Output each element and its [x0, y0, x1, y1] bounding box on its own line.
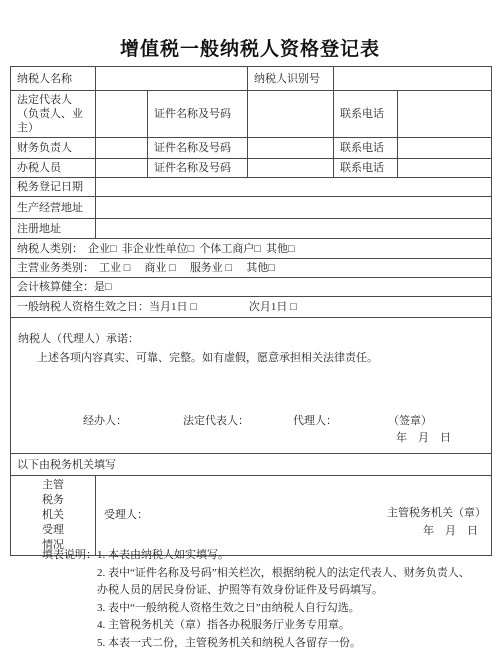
- operator-signature-label[interactable]: 经办人：: [83, 414, 127, 428]
- taxpayer-id-label: 纳税人识别号: [248, 67, 334, 91]
- legal-rep-cert-input[interactable]: [248, 91, 334, 138]
- checkbox-industry[interactable]: 工业 □: [99, 261, 130, 275]
- page-title: 增值税一般纳税人资格登记表: [0, 34, 500, 61]
- receiver-label[interactable]: 受理人：: [104, 508, 148, 522]
- finance-officer-row: 财务负责人 证件名称及号码 联系电话: [11, 138, 492, 159]
- tax-clerk-name-input[interactable]: [96, 159, 148, 178]
- commitment-date-label[interactable]: 年 月 日: [396, 431, 451, 445]
- authority-acceptance-row: 主管 税务 机关 受理 情况 受理人： 主管税务机关（章） 年 月 日: [11, 476, 492, 556]
- business-address-row: 生产经营地址: [11, 197, 492, 219]
- commitment-body: 上述各项内容真实、可靠、完整。如有虚假，愿意承担相关法律责任。: [37, 351, 378, 365]
- note-line-2: 2. 表中“证件名称及号码”相关栏次，根据纳税人的法定代表人、财务负责人、: [97, 565, 470, 583]
- legal-rep-phone-label: 联系电话: [334, 91, 398, 138]
- commitment-row: 纳税人（代理人）承诺： 上述各项内容真实、可靠、完整。如有虚假，愿意承担相关法律…: [11, 318, 492, 454]
- checkbox-enterprise[interactable]: 企业□: [88, 242, 117, 256]
- note-line-2-cont: 办税人员的居民身份证、护照等有效身份证件及号码填写。: [97, 582, 470, 600]
- taxpayer-category-row: 纳税人类别：企业□非企业性单位□个体工商户□其他□: [11, 239, 492, 259]
- effective-date-row: 一般纳税人资格生效之日：当月1日 □次月1日 □: [11, 297, 492, 318]
- checkbox-accounting-yes[interactable]: 是□: [94, 280, 112, 294]
- finance-officer-phone-label: 联系电话: [334, 138, 398, 159]
- taxpayer-name-input[interactable]: [96, 67, 248, 91]
- accounting-row: 会计核算健全：是□: [11, 278, 492, 297]
- registration-date-label: 税务登记日期: [11, 178, 96, 197]
- note-line-5: 5. 本表一式二份，主管税务机关和纳税人各留存一份。: [97, 635, 470, 648]
- business-address-label: 生产经营地址: [11, 197, 96, 219]
- legal-rep-name-input[interactable]: [96, 91, 148, 138]
- business-address-input[interactable]: [96, 197, 492, 219]
- registered-address-row: 注册地址: [11, 219, 492, 239]
- checkbox-commerce[interactable]: 商业 □: [144, 261, 175, 275]
- finance-officer-cert-input[interactable]: [248, 138, 334, 159]
- effective-date-label: 一般纳税人资格生效之日：: [17, 300, 149, 314]
- finance-officer-name-input[interactable]: [96, 138, 148, 159]
- registration-date-row: 税务登记日期: [11, 178, 492, 197]
- tax-clerk-phone-label: 联系电话: [334, 159, 398, 178]
- business-type-label: 主营业务类别：: [17, 261, 94, 275]
- filling-instructions: 填表说明： 1. 本表由纳税人如实填写。 2. 表中“证件名称及号码”相关栏次，…: [42, 547, 470, 648]
- checkbox-service[interactable]: 服务业 □: [190, 261, 232, 275]
- checkbox-current-month[interactable]: 当月1日 □: [149, 300, 197, 314]
- tax-clerk-row: 办税人员 证件名称及号码 联系电话: [11, 159, 492, 178]
- tax-clerk-cert-label: 证件名称及号码: [148, 159, 248, 178]
- taxpayer-name-label: 纳税人名称: [11, 67, 96, 91]
- form-page: 增值税一般纳税人资格登记表 纳税人名称 纳税人识别号 法定代表人（负责人、业主）…: [0, 0, 500, 648]
- legal-rep-row: 法定代表人（负责人、业主） 证件名称及号码 联系电话: [11, 91, 492, 138]
- checkbox-business-other[interactable]: 其他□: [246, 261, 275, 275]
- legal-rep-phone-input[interactable]: [398, 91, 492, 138]
- registered-address-label: 注册地址: [11, 219, 96, 239]
- seal-label: （签章）: [388, 414, 432, 428]
- tax-clerk-label: 办税人员: [11, 159, 96, 178]
- finance-officer-cert-label: 证件名称及号码: [148, 138, 248, 159]
- authority-header-row: 以下由税务机关填写: [11, 454, 492, 476]
- checkbox-category-other[interactable]: 其他□: [266, 242, 295, 256]
- legal-rep-cert-label: 证件名称及号码: [148, 91, 248, 138]
- legal-rep-signature-label[interactable]: 法定代表人：: [183, 414, 249, 428]
- registration-date-input[interactable]: [96, 178, 492, 197]
- finance-officer-phone-input[interactable]: [398, 138, 492, 159]
- checkbox-next-month[interactable]: 次月1日 □: [249, 300, 297, 314]
- authority-header: 以下由税务机关填写: [11, 454, 492, 476]
- business-type-row: 主营业务类别：工业 □商业 □服务业 □其他□: [11, 259, 492, 278]
- taxpayer-id-input[interactable]: [334, 67, 492, 91]
- commitment-heading: 纳税人（代理人）承诺：: [18, 332, 139, 346]
- finance-officer-label: 财务负责人: [11, 138, 96, 159]
- note-line-1: 1. 本表由纳税人如实填写。: [97, 547, 470, 565]
- authority-side-label: 主管 税务 机关 受理 情况: [11, 476, 96, 556]
- registration-form-table: 纳税人名称 纳税人识别号 法定代表人（负责人、业主） 证件名称及号码 联系电话 …: [10, 66, 492, 556]
- checkbox-individual-business[interactable]: 个体工商户□: [199, 242, 261, 256]
- tax-clerk-cert-input[interactable]: [248, 159, 334, 178]
- tax-clerk-phone-input[interactable]: [398, 159, 492, 178]
- legal-rep-label: 法定代表人（负责人、业主）: [11, 91, 96, 138]
- authority-acceptance-cell: 受理人： 主管税务机关（章） 年 月 日: [96, 476, 492, 556]
- filling-instructions-list: 1. 本表由纳税人如实填写。 2. 表中“证件名称及号码”相关栏次，根据纳税人的…: [97, 547, 470, 648]
- filling-instructions-label: 填表说明：: [42, 547, 97, 565]
- authority-seal-label: 主管税务机关（章）: [387, 506, 486, 520]
- taxpayer-category-label: 纳税人类别：: [17, 242, 83, 256]
- agent-signature-label[interactable]: 代理人：: [293, 414, 337, 428]
- checkbox-non-enterprise-unit[interactable]: 非企业性单位□: [122, 242, 195, 256]
- registered-address-input[interactable]: [96, 219, 492, 239]
- note-line-4: 4. 主管税务机关（章）指各办税服务厅业务专用章。: [97, 617, 470, 635]
- note-line-3: 3. 表中“一般纳税人资格生效之日”由纳税人自行勾选。: [97, 600, 470, 618]
- accounting-label: 会计核算健全：: [17, 280, 94, 294]
- taxpayer-name-row: 纳税人名称 纳税人识别号: [11, 67, 492, 91]
- authority-date-label[interactable]: 年 月 日: [423, 524, 478, 538]
